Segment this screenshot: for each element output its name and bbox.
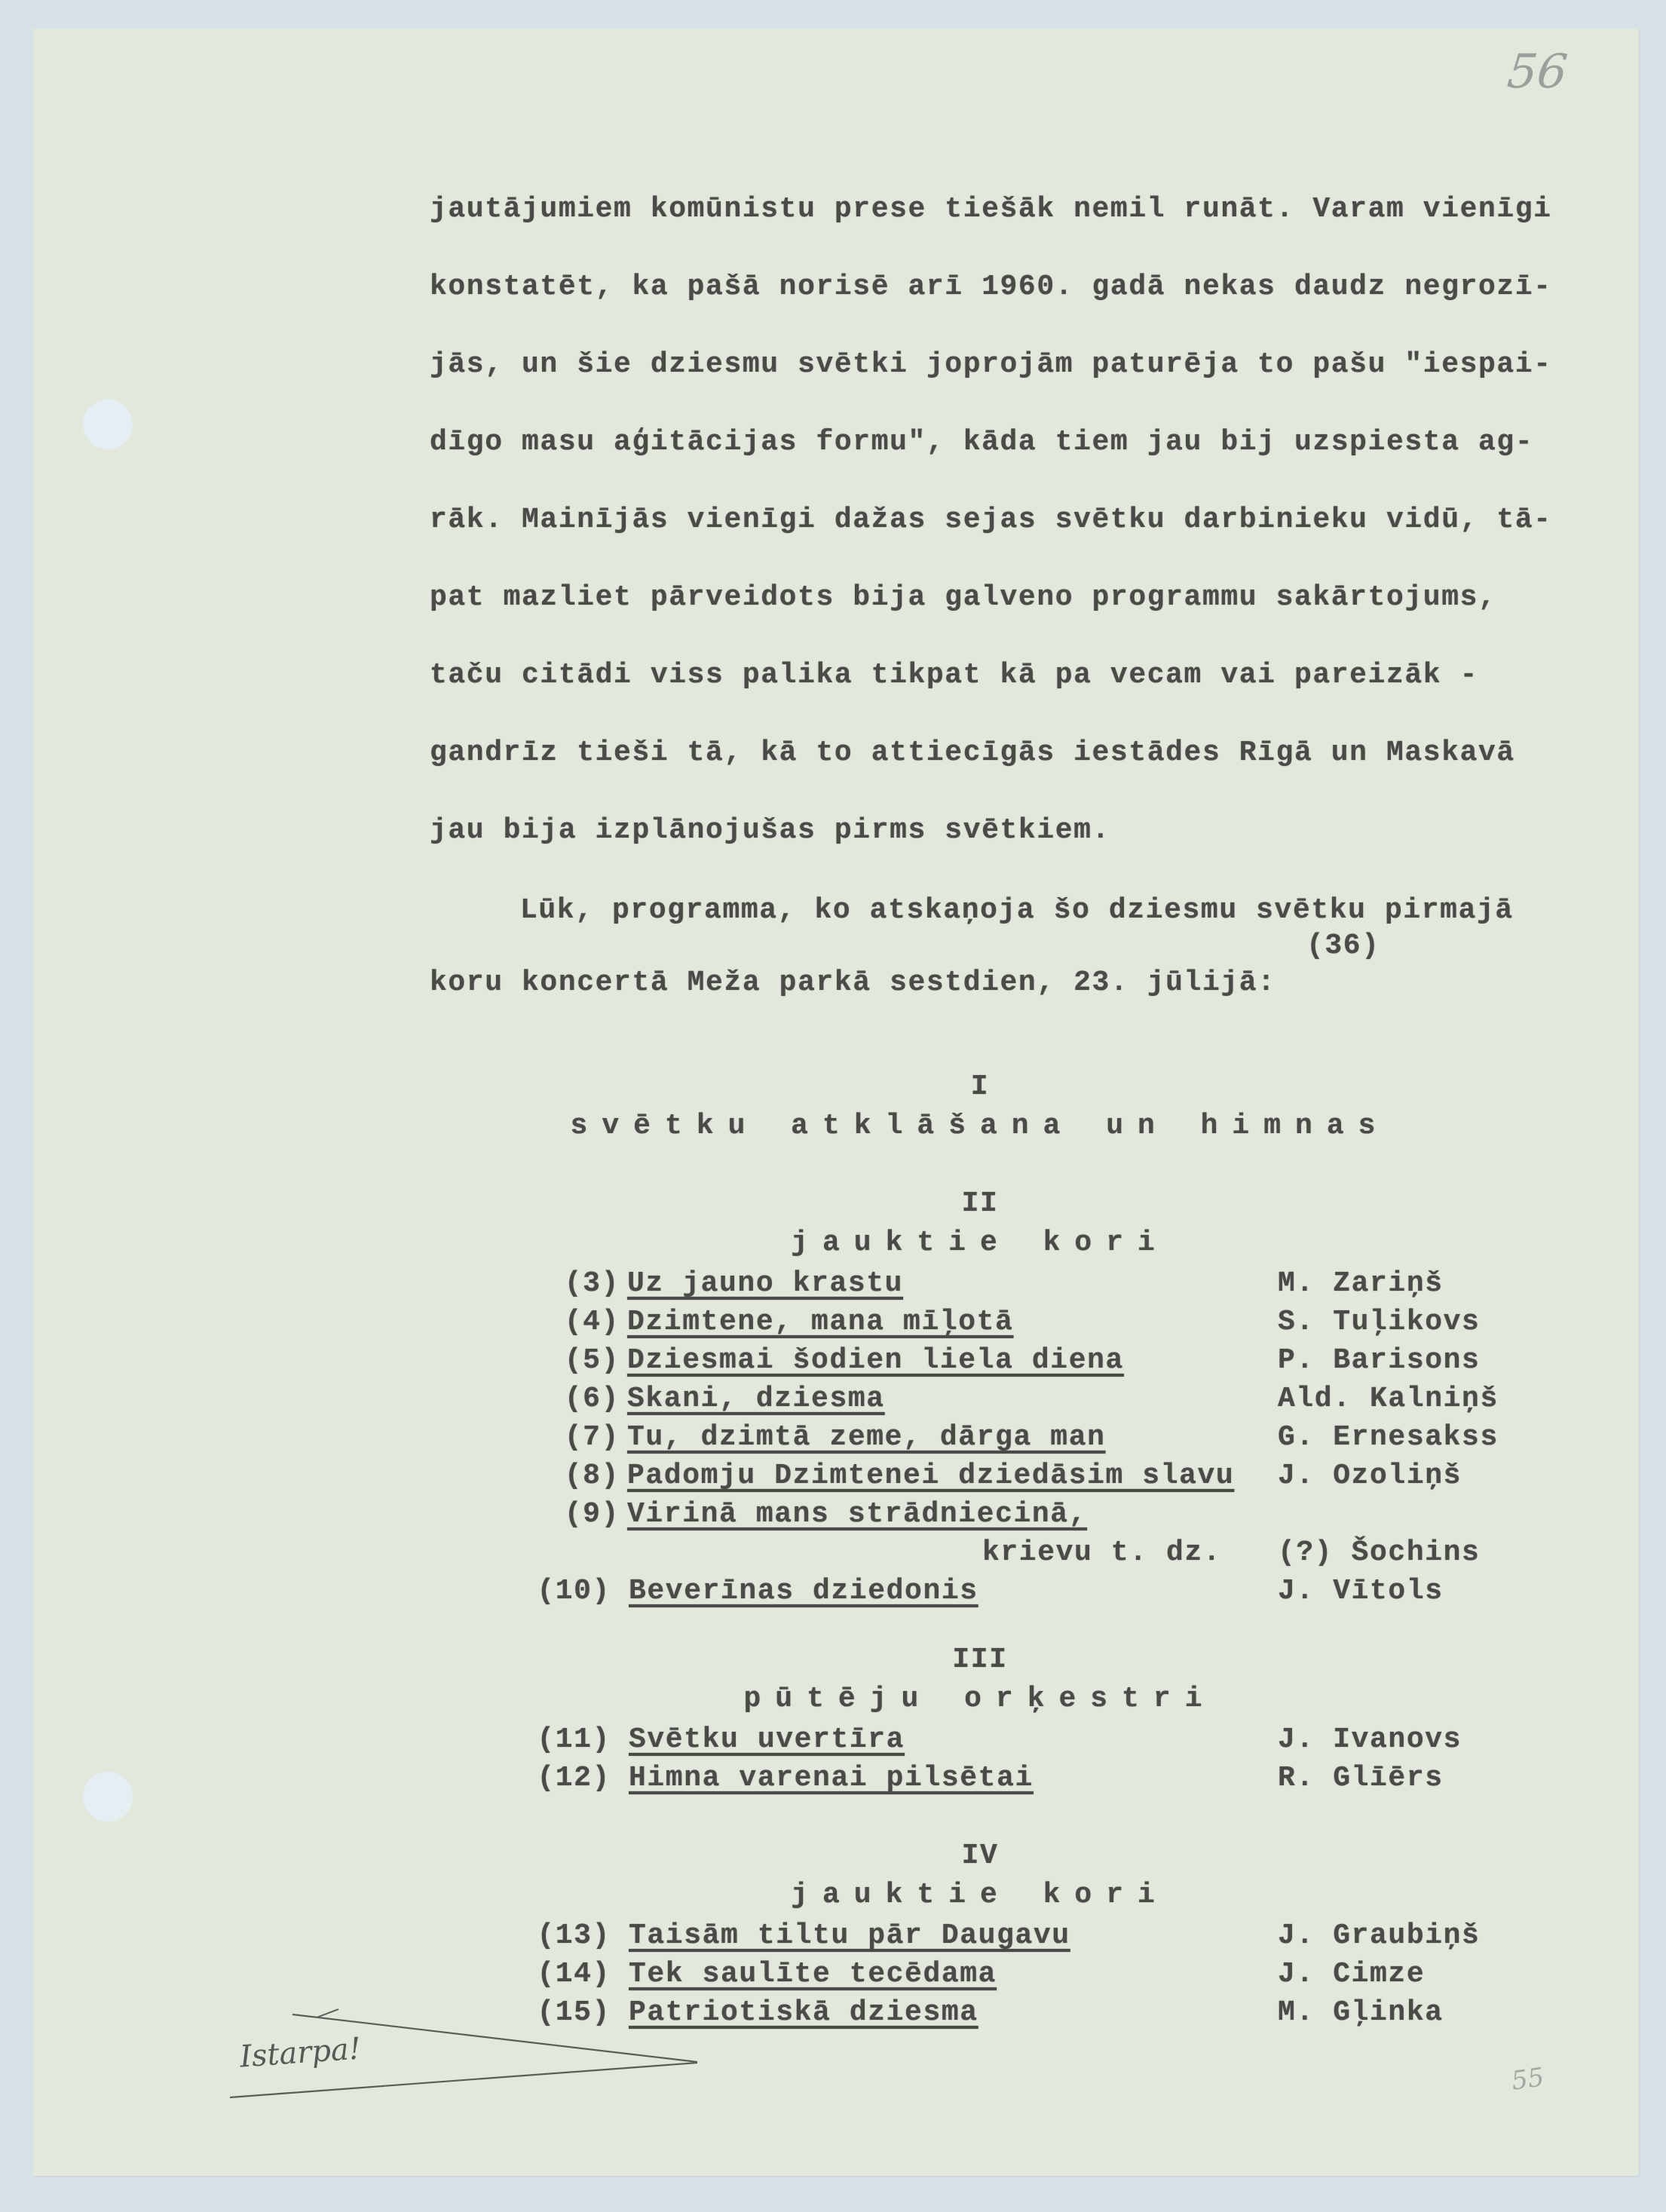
program-item: (6)Skani, dziesmaAld. Kalniņš <box>528 1383 885 1420</box>
item-number: (3) <box>528 1267 620 1300</box>
item-composer: J. Ozoliņš <box>1278 1460 1462 1492</box>
item-number: (11) <box>528 1723 611 1756</box>
item-composer: P. Barisons <box>1278 1344 1480 1377</box>
program-intro-line-2: koru koncertā Meža parkā sestdien, 23. j… <box>430 967 1276 999</box>
body-line: jās, un šie dziesmu svētki joprojām patu… <box>430 344 1552 421</box>
section-title: jauktie kori <box>0 1879 1666 1911</box>
item-composer: J. Graubiņš <box>1278 1919 1480 1952</box>
body-line: dīgo masu aģitācijas formu", kāda tiem j… <box>430 421 1552 499</box>
program-item: (13)Taisām tiltu pār DaugavuJ. Graubiņš <box>528 1919 1070 1957</box>
section-numeral: IV <box>0 1840 1666 1872</box>
item-composer: J. Vītols <box>1278 1575 1444 1607</box>
item-subtitle: krievu t. dz. <box>982 1536 1221 1569</box>
item-title: Dziesmai šodien liela diena <box>627 1344 1124 1377</box>
punch-hole-top <box>83 400 133 449</box>
item-number: (4) <box>528 1306 620 1338</box>
item-title: Beverīnas dziedonis <box>629 1575 978 1607</box>
body-line: rāk. Mainījās vienīgi dažas sejas svētku… <box>430 499 1552 577</box>
handwritten-old-page-number: 55 <box>1509 2062 1545 2097</box>
program-item: (3)Uz jauno krastuM. Zariņš <box>528 1267 903 1305</box>
program-item: (7)Tu, dzimtā zeme, dārga manG. Ernesaks… <box>528 1421 1106 1459</box>
item-number: (10) <box>528 1575 611 1607</box>
item-title: Taisām tiltu pār Daugavu <box>629 1919 1070 1952</box>
item-title: Himna varenai pilsētai <box>629 1762 1034 1794</box>
body-line: konstatēt, ka pašā norisē arī 1960. gadā… <box>430 266 1552 344</box>
item-title: Padomju Dzimtenei dziedāsim slavu <box>627 1460 1234 1492</box>
item-number: (9) <box>528 1498 620 1530</box>
section-title: jauktie kori <box>0 1227 1666 1259</box>
item-number: (12) <box>528 1762 611 1794</box>
item-composer: Ald. Kalniņš <box>1278 1383 1499 1415</box>
item-title: Dzimtene, mana mīļotā <box>627 1306 1013 1338</box>
section-numeral: II <box>0 1187 1666 1220</box>
body-line: gandrīz tieši tā, kā to attiecīgās iestā… <box>430 732 1552 810</box>
body-line: jautājumiem komūnistu prese tiešāk nemil… <box>430 188 1552 266</box>
program-item: (14)Tek saulīte tecēdamaJ. Cimze <box>528 1958 997 1996</box>
section-title: pūtēju orķestri <box>0 1683 1666 1715</box>
footnote-reference: (36) <box>1306 930 1380 962</box>
item-number: (7) <box>528 1421 620 1454</box>
item-number: (6) <box>528 1383 620 1415</box>
body-paragraph: jautājumiem komūnistu prese tiešāk nemil… <box>430 188 1552 887</box>
program-item: (5)Dziesmai šodien liela dienaP. Barison… <box>528 1344 1124 1382</box>
item-title: Svētku uvertīra <box>629 1723 905 1756</box>
body-line: taču citādi viss palika tikpat kā pa vec… <box>430 654 1552 732</box>
program-item: (9)Virinā mans strādniecinā, <box>528 1498 1087 1536</box>
punch-hole-bottom <box>83 1772 133 1821</box>
section-numeral: I <box>0 1071 1666 1103</box>
handwritten-page-number: 56 <box>1505 44 1570 99</box>
program-item: (15)Patriotiskā dziesmaM. Gļinka <box>528 1996 978 2034</box>
item-title: Virinā mans strādniecinā, <box>627 1498 1087 1530</box>
item-composer: S. Tuļikovs <box>1278 1306 1480 1338</box>
program-item: (8)Padomju Dzimtenei dziedāsim slavuJ. O… <box>528 1460 1234 1497</box>
item-composer: J. Ivanovs <box>1278 1723 1462 1756</box>
item-composer: J. Cimze <box>1278 1958 1425 1990</box>
item-composer: M. Gļinka <box>1278 1996 1444 2029</box>
section-numeral: III <box>0 1644 1666 1676</box>
item-title: Tu, dzimtā zeme, dārga man <box>627 1421 1106 1454</box>
item-number: (15) <box>528 1996 611 2029</box>
item-composer: R. Glīērs <box>1278 1762 1444 1794</box>
program-item: (10)Beverīnas dziedonisJ. Vītols <box>528 1575 978 1613</box>
item-title: Patriotiskā dziesma <box>629 1996 978 2029</box>
program-item: (12)Himna varenai pilsētaiR. Glīērs <box>528 1762 1034 1800</box>
item-number: (5) <box>528 1344 620 1377</box>
program-item: (4)Dzimtene, mana mīļotāS. Tuļikovs <box>528 1306 1013 1343</box>
program-intro-line-1: Lūk, programma, ko atskaņoja šo dziesmu … <box>430 890 1514 932</box>
item-title: Uz jauno krastu <box>627 1267 903 1300</box>
item-composer: (?) Šochins <box>1278 1536 1480 1569</box>
item-number: (14) <box>528 1958 611 1990</box>
section-title: svētku atklāšana un himnas <box>0 1110 1666 1142</box>
item-title: Tek saulīte tecēdama <box>629 1958 997 1990</box>
item-composer: G. Ernesakss <box>1278 1421 1499 1454</box>
body-line: jau bija izplānojušas pirms svētkiem. <box>430 810 1552 887</box>
item-number: (8) <box>528 1460 620 1492</box>
body-line: pat mazliet pārveidots bija galveno prog… <box>430 577 1552 654</box>
program-item: (11)Svētku uvertīraJ. Ivanovs <box>528 1723 905 1761</box>
item-composer: M. Zariņš <box>1278 1267 1444 1300</box>
item-title: Skani, dziesma <box>627 1383 885 1415</box>
item-number: (13) <box>528 1919 611 1952</box>
